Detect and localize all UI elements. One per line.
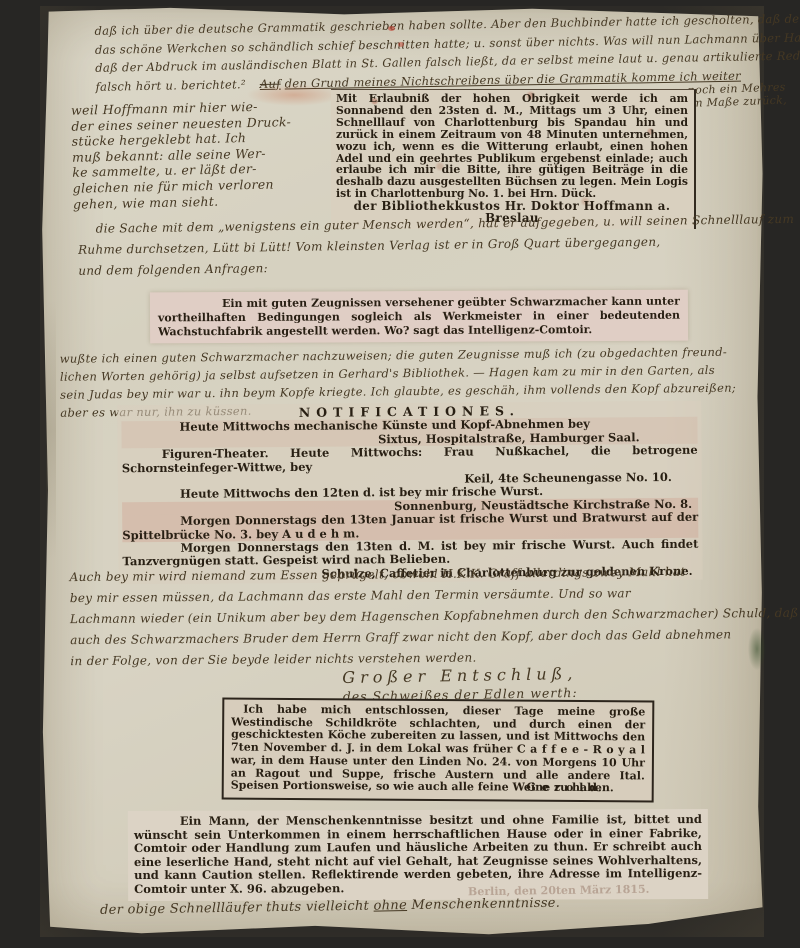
printed-clipping-schnelllauf: Mit Erlaubniß der hohen Obrigkeit werde … [331,89,696,229]
red-ink-speck [398,42,404,47]
clipping-text: Ein mit guten Zeugnissen versehener geüb… [158,295,680,339]
printed-clipping-schwarzmacher: Ein mit guten Zeugnissen versehener geüb… [150,290,688,344]
left-margin-smudge [46,300,56,560]
closing-text: Menschenkenntnisse. [411,896,560,913]
handwriting-line: im Maße zurück, [688,93,798,110]
notification-entry: Figuren-Theater. Heute Mittwochs: Frau N… [122,444,698,489]
closing-underlined-word: ohne [373,898,407,914]
red-ink-speck [388,26,395,31]
handwriting-top-block: daß ich über die deutsche Grammatik gesc… [94,10,767,96]
handwriting-line-fragment: falsch hört u. berichtet.² [95,77,246,94]
printed-clipping-schildkroete: Ich habe mich entschlossen, dieser Tage … [222,697,655,802]
handwriting-middle-block: die Sache mit dem „wenigstens ein guter … [78,209,781,282]
handwriting-commentary-block: Auch bey mir wird niemand zum Essen gepr… [70,561,785,672]
handwriting-left-column: weil Hoffmann mir hier wie- der eines se… [71,97,335,212]
scanned-letter-page: { "handwriting": { "top_block": { "lines… [0,0,800,948]
clipping-text: Mit Erlaubniß der hohen Obrigkeit werde … [336,93,688,200]
handwriting-right-fragment: noch ein Mehres im Maße zurück, [688,80,799,110]
green-ink-stain [748,628,766,670]
printed-clipping-notificationes: NOTIFICATIONES. Heute Mittwochs mechanis… [117,401,702,585]
